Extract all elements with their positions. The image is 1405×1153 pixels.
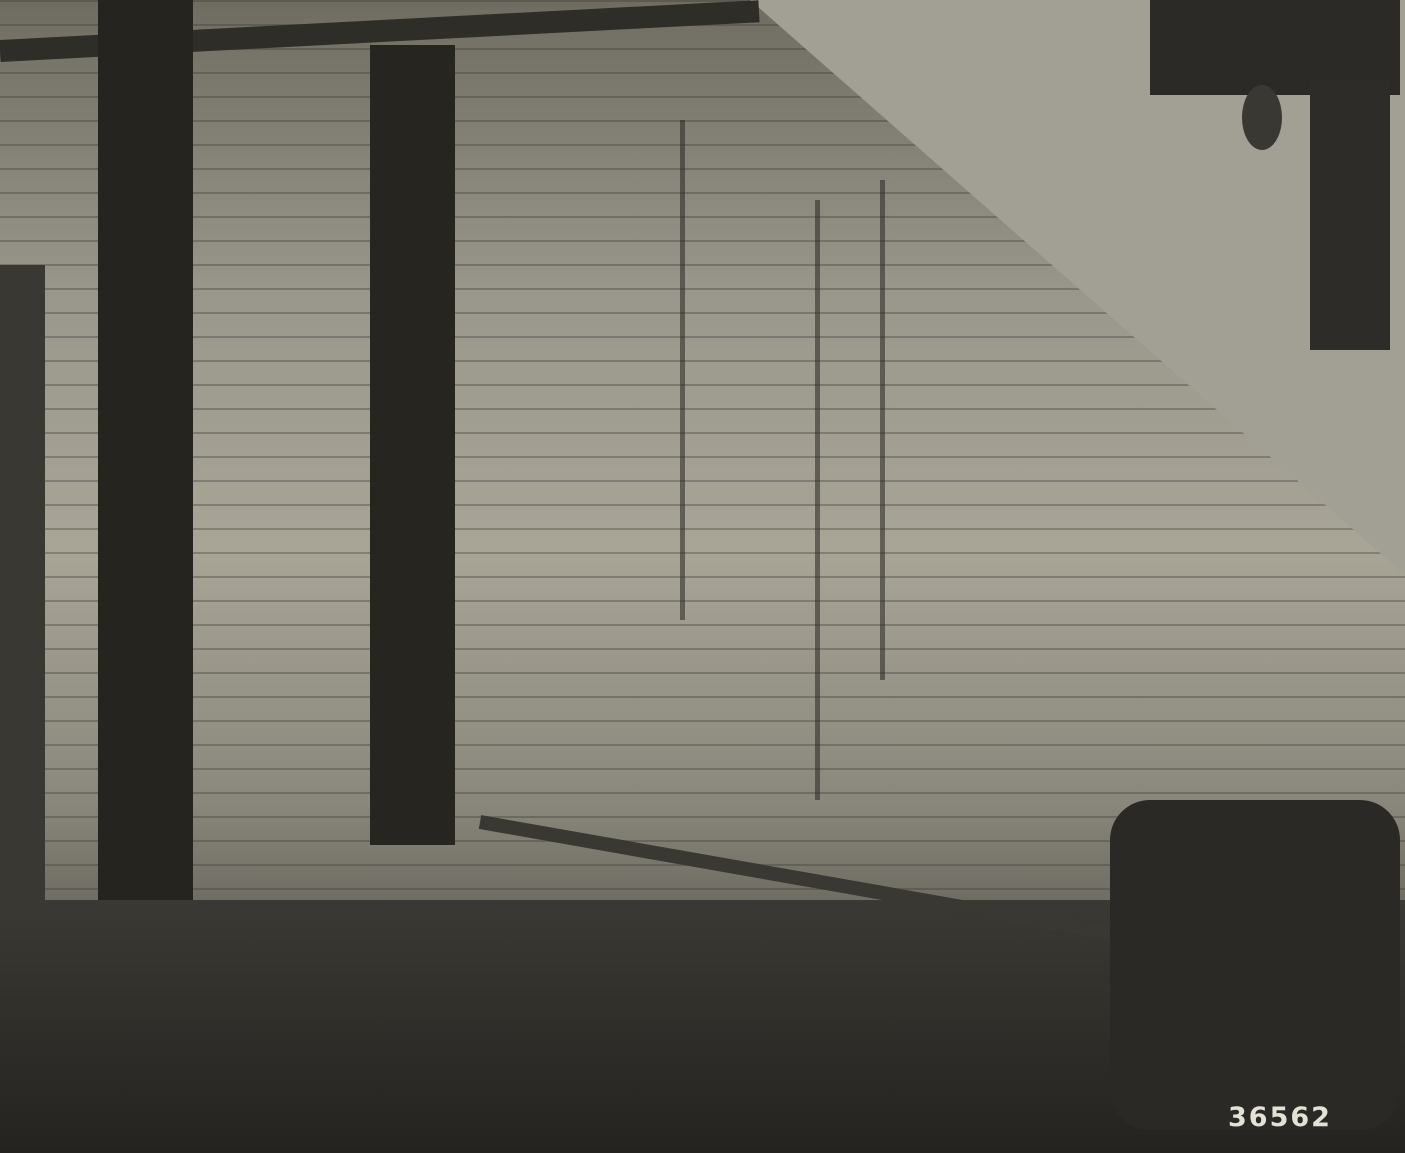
left-doorway: [0, 265, 45, 925]
wall-fixture-knob: [1242, 85, 1282, 150]
archival-photograph: 36562: [0, 0, 1405, 1153]
wall-fixture: [1310, 80, 1390, 350]
support-column-left: [98, 0, 193, 900]
water-stain: [880, 180, 885, 680]
barrel: [1110, 800, 1400, 1130]
water-stain: [680, 120, 685, 620]
water-stain: [815, 200, 820, 800]
support-column-center: [370, 45, 455, 845]
catalog-number: 36562: [1228, 1102, 1332, 1133]
